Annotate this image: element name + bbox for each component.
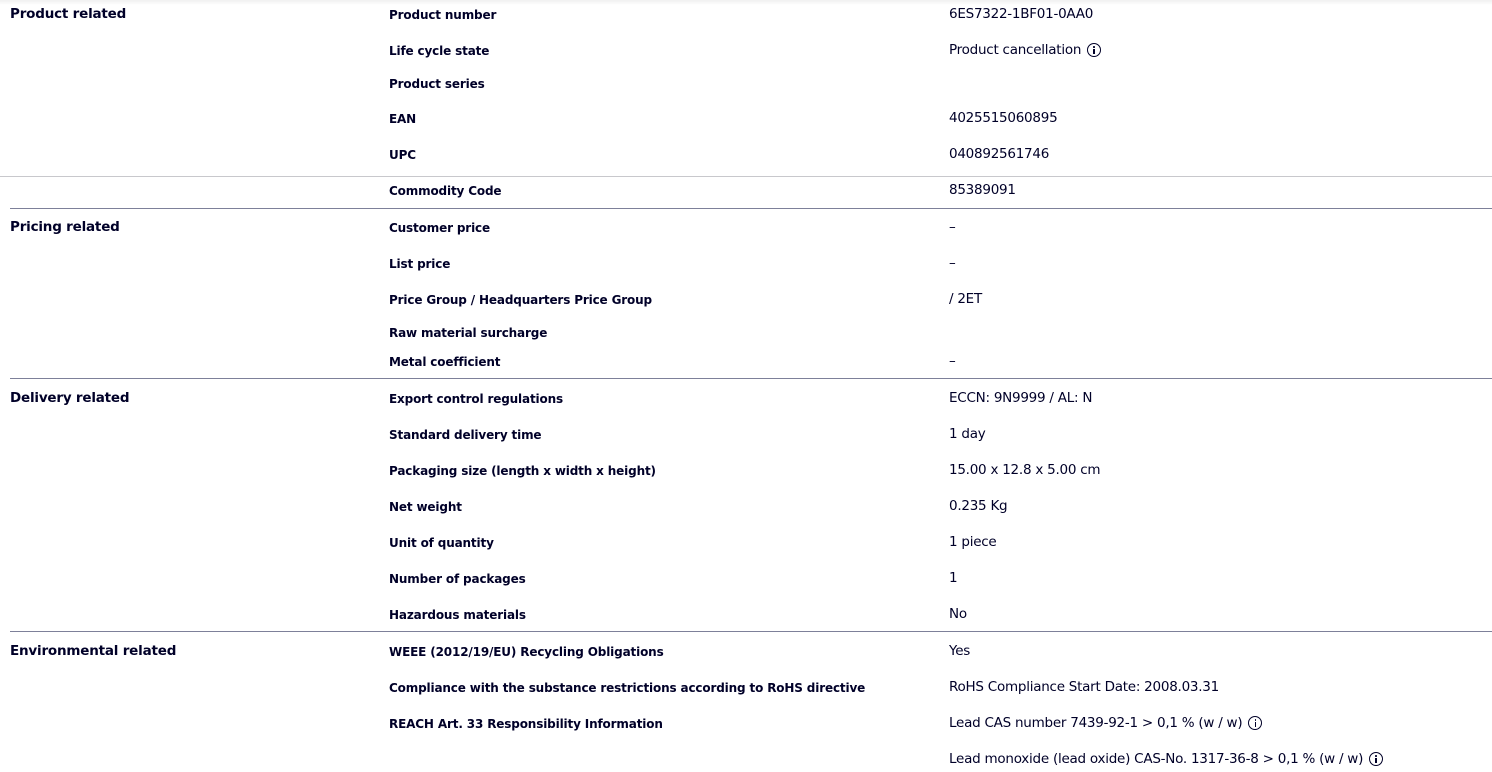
label-ean: EAN xyxy=(389,110,416,128)
label-unit-of-quantity: Unit of quantity xyxy=(389,534,494,552)
label-life-cycle-state: Life cycle state xyxy=(389,42,489,60)
value-customer-price: – xyxy=(949,218,956,236)
value-text: Lead monoxide (lead oxide) CAS-No. 1317-… xyxy=(949,750,1363,768)
value-text: RoHS Compliance Start Date: 2008.03.31 xyxy=(949,678,1219,696)
label-number-of-packages: Number of packages xyxy=(389,570,526,588)
section-title: Environmental related xyxy=(10,642,176,660)
section-divider xyxy=(10,631,1492,632)
label-reach-art33: REACH Art. 33 Responsibility Information xyxy=(389,715,663,733)
section-title: Pricing related xyxy=(10,218,120,236)
info-icon[interactable] xyxy=(1369,752,1383,766)
section-divider xyxy=(10,378,1492,379)
label-upc: UPC xyxy=(389,146,416,164)
value-text: 1 day xyxy=(949,425,985,443)
label-product-number: Product number xyxy=(389,6,496,24)
value-unit-of-quantity: 1 piece xyxy=(949,533,996,551)
value-text: 15.00 x 12.8 x 5.00 cm xyxy=(949,461,1100,479)
info-icon[interactable] xyxy=(1087,43,1101,57)
value-text: 4025515060895 xyxy=(949,109,1057,127)
value-net-weight: 0.235 Kg xyxy=(949,497,1007,515)
value-text: – xyxy=(949,218,956,236)
label-net-weight: Net weight xyxy=(389,498,462,516)
section-title: Product related xyxy=(10,5,126,23)
value-text: – xyxy=(949,254,956,272)
value-text: 040892561746 xyxy=(949,145,1049,163)
value-text: Lead CAS number 7439-92-1 > 0,1 % (w / w… xyxy=(949,714,1242,732)
label-metal-coefficient: Metal coefficient xyxy=(389,353,500,371)
value-rohs-compliance: RoHS Compliance Start Date: 2008.03.31 xyxy=(949,678,1219,696)
label-list-price: List price xyxy=(389,255,450,273)
label-weee: WEEE (2012/19/EU) Recycling Obligations xyxy=(389,643,664,661)
section-divider xyxy=(10,208,1492,209)
info-icon[interactable] xyxy=(1248,716,1262,730)
value-metal-coefficient: – xyxy=(949,352,956,370)
value-export-control: ECCN: 9N9999 / AL: N xyxy=(949,389,1092,407)
label-raw-material-surcharge: Raw material surcharge xyxy=(389,324,547,342)
value-weee: Yes xyxy=(949,642,970,660)
value-text: / 2ET xyxy=(949,290,982,308)
label-hazardous-materials: Hazardous materials xyxy=(389,606,526,624)
value-upc: 040892561746 xyxy=(949,145,1049,163)
value-reach-lead: Lead CAS number 7439-92-1 > 0,1 % (w / w… xyxy=(949,714,1262,732)
value-standard-delivery-time: 1 day xyxy=(949,425,985,443)
value-hazardous-materials: No xyxy=(949,605,967,623)
value-price-group: / 2ET xyxy=(949,290,982,308)
value-text: 1 xyxy=(949,569,957,587)
value-text: 1 piece xyxy=(949,533,996,551)
label-price-group: Price Group / Headquarters Price Group xyxy=(389,291,652,309)
value-text: – xyxy=(949,352,956,370)
value-product-number: 6ES7322-1BF01-0AA0 xyxy=(949,5,1093,23)
label-customer-price: Customer price xyxy=(389,219,490,237)
value-text: 85389091 xyxy=(949,181,1016,199)
value-text: No xyxy=(949,605,967,623)
top-shadow xyxy=(0,0,1492,5)
value-text: 6ES7322-1BF01-0AA0 xyxy=(949,5,1093,23)
label-standard-delivery-time: Standard delivery time xyxy=(389,426,541,444)
label-commodity-code: Commodity Code xyxy=(389,182,501,200)
value-text: Yes xyxy=(949,642,970,660)
value-text: 0.235 Kg xyxy=(949,497,1007,515)
label-export-control: Export control regulations xyxy=(389,390,563,408)
value-reach-lead-monoxide: Lead monoxide (lead oxide) CAS-No. 1317-… xyxy=(949,750,1383,768)
label-rohs-compliance: Compliance with the substance restrictio… xyxy=(389,679,865,697)
value-text: ECCN: 9N9999 / AL: N xyxy=(949,389,1092,407)
value-list-price: – xyxy=(949,254,956,272)
value-commodity-code: 85389091 xyxy=(949,181,1016,199)
value-number-of-packages: 1 xyxy=(949,569,957,587)
value-packaging-size: 15.00 x 12.8 x 5.00 cm xyxy=(949,461,1100,479)
label-packaging-size: Packaging size (length x width x height) xyxy=(389,462,656,480)
value-text: Product cancellation xyxy=(949,41,1081,59)
label-product-series: Product series xyxy=(389,75,485,93)
value-ean: 4025515060895 xyxy=(949,109,1057,127)
row-divider xyxy=(0,176,1492,177)
value-life-cycle-state: Product cancellation xyxy=(949,41,1101,59)
section-title: Delivery related xyxy=(10,389,129,407)
